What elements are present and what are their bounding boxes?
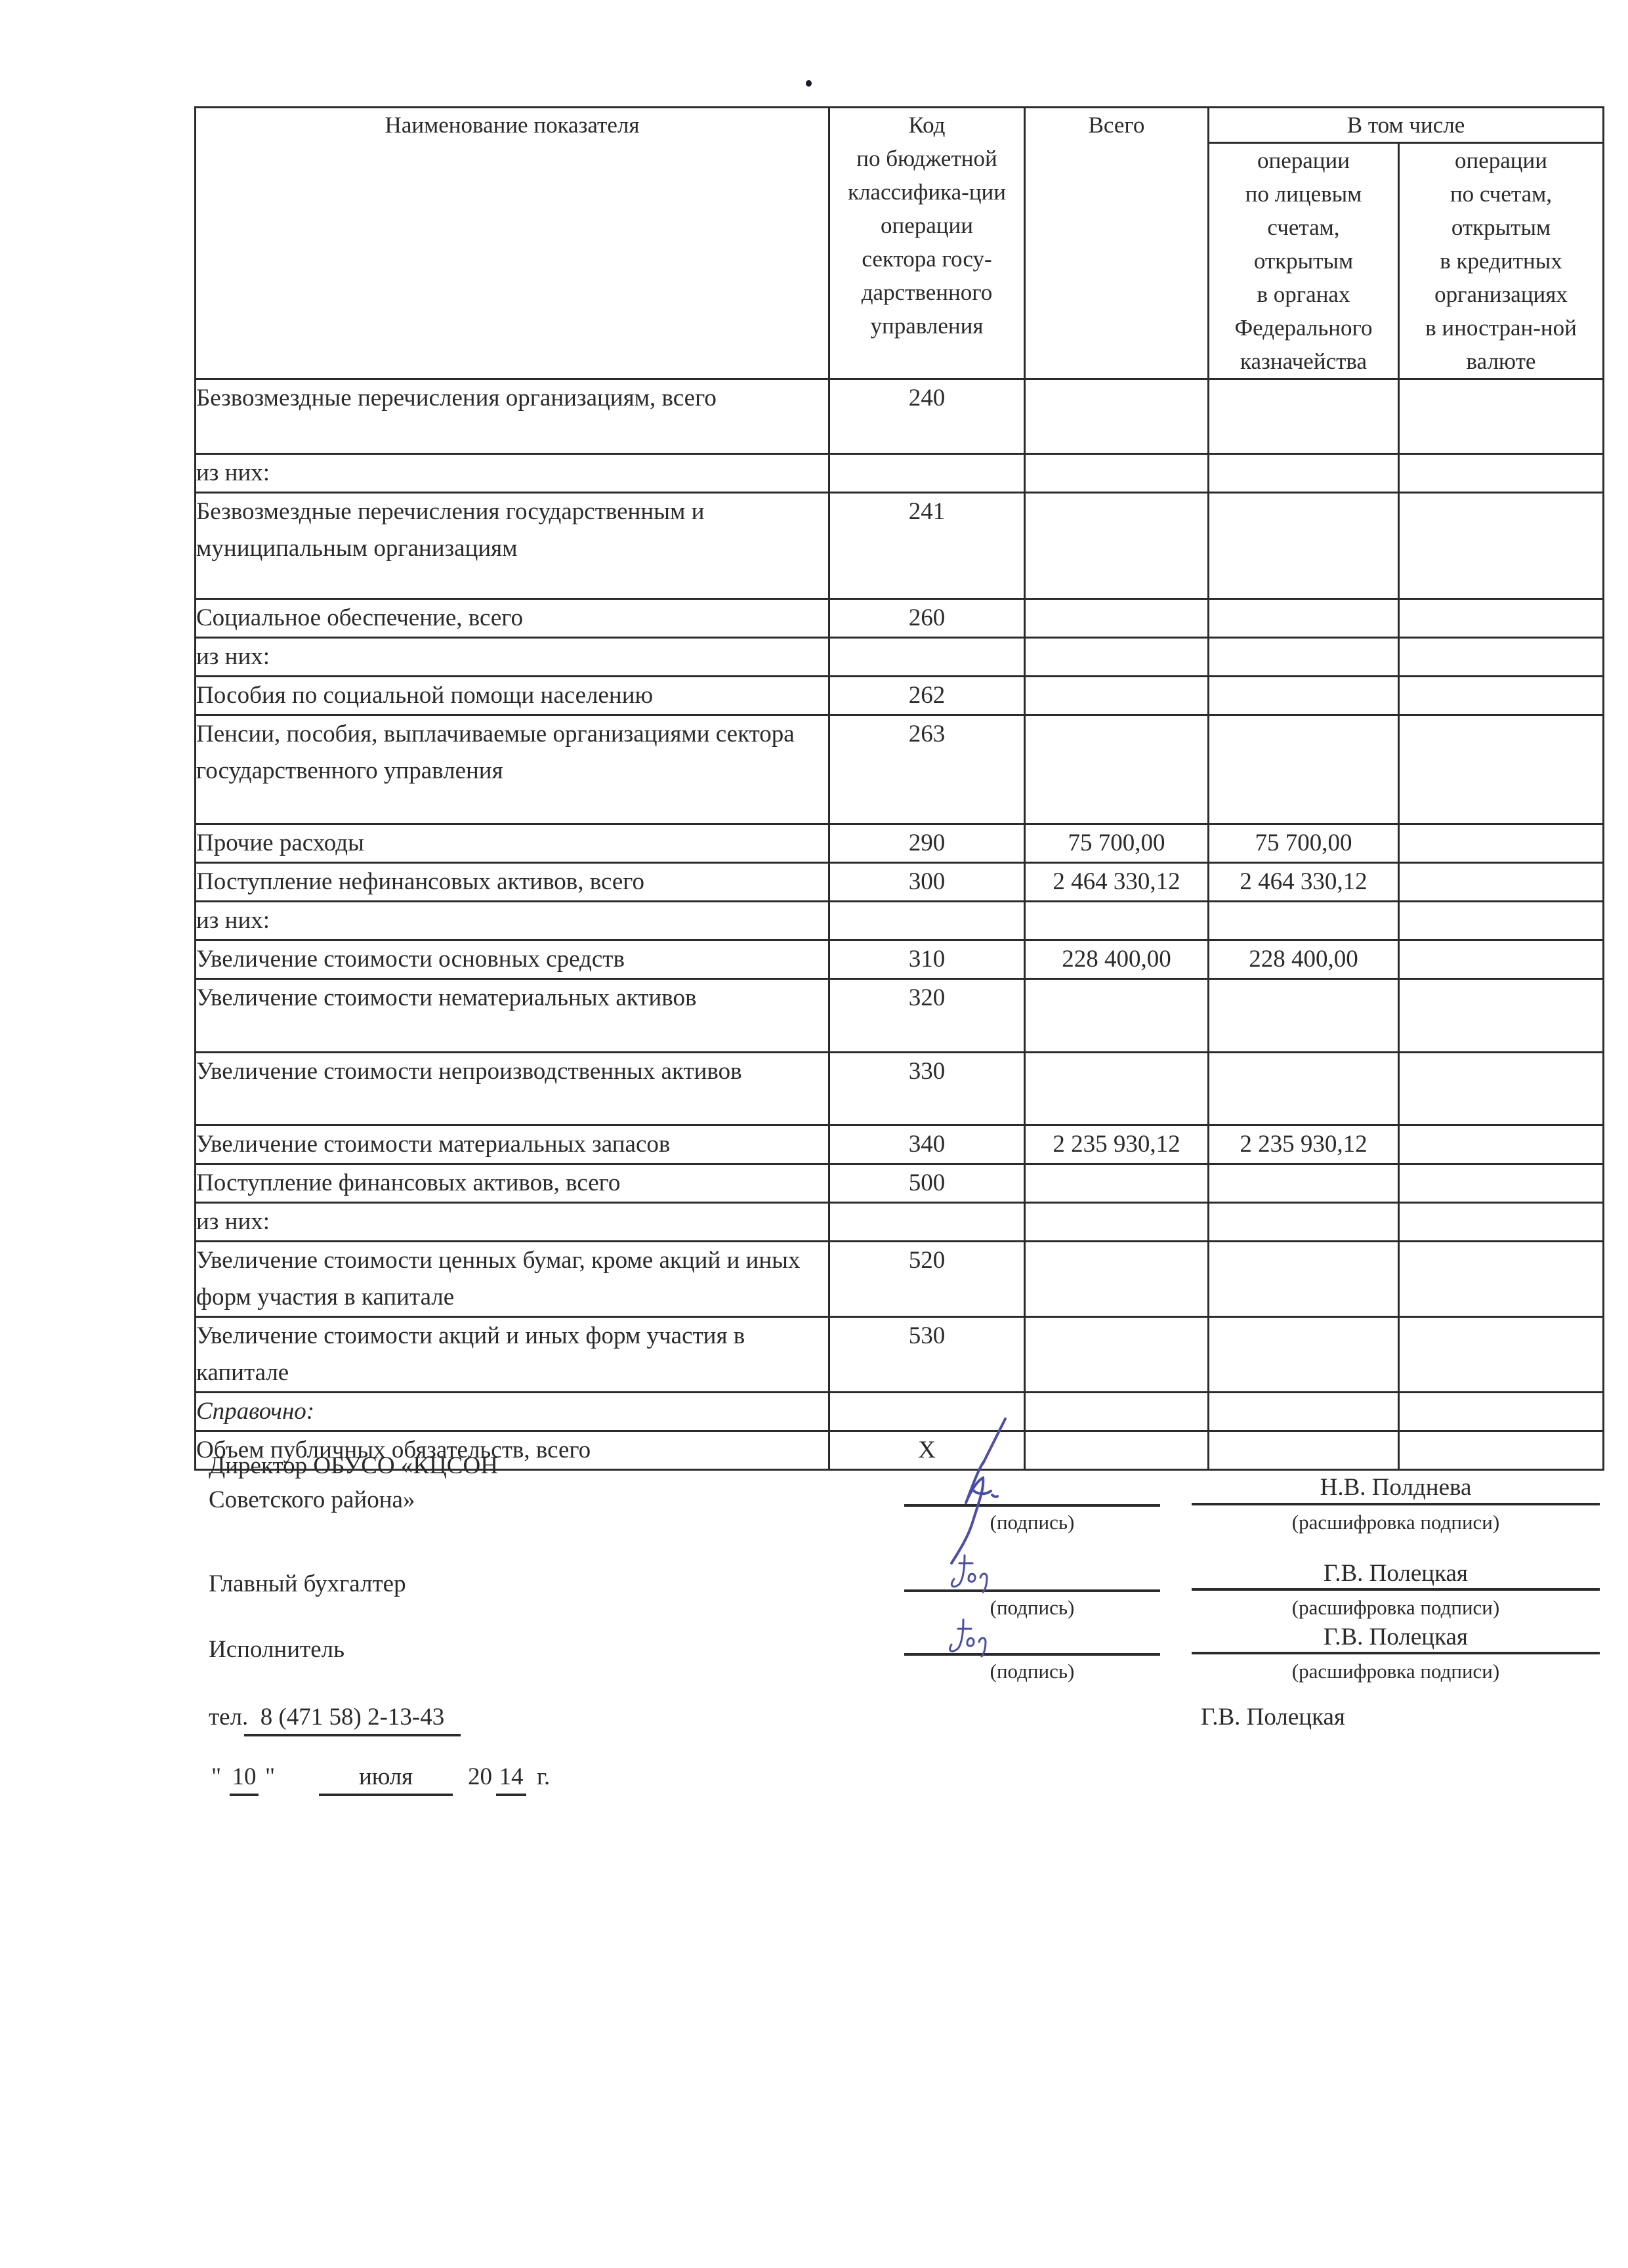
table-row: из них: bbox=[196, 902, 1604, 940]
date-day: 10 bbox=[230, 1761, 259, 1796]
indicator-name-cell: из них: bbox=[196, 638, 829, 677]
treasury-amount-cell bbox=[1209, 1053, 1399, 1125]
budget-code-cell bbox=[829, 638, 1025, 677]
header-treasury-line: в органах bbox=[1209, 278, 1398, 311]
foreign-currency-amount-cell bbox=[1399, 1431, 1604, 1470]
header-treasury-line: открытым bbox=[1209, 244, 1398, 278]
total-amount-cell: 228 400,00 bbox=[1025, 940, 1209, 979]
header-code-line: операции bbox=[830, 209, 1024, 242]
foreign-currency-amount-cell bbox=[1399, 599, 1604, 638]
phone-value: 8 (471 58) 2-13-43 bbox=[244, 1701, 461, 1736]
budget-code-cell: 263 bbox=[829, 715, 1025, 824]
header-indicator-name-label: Наименование показателя bbox=[385, 112, 640, 138]
header-foreign-line: по счетам, bbox=[1400, 177, 1602, 211]
foreign-currency-amount-cell bbox=[1399, 493, 1604, 599]
budget-code-cell: 500 bbox=[829, 1164, 1025, 1203]
foreign-currency-amount-cell bbox=[1399, 863, 1604, 902]
foreign-currency-amount-cell bbox=[1399, 379, 1604, 454]
treasury-amount-cell bbox=[1209, 1431, 1399, 1470]
director-signature-caption: (подпись) bbox=[904, 1509, 1160, 1536]
budget-code-cell: 260 bbox=[829, 599, 1025, 638]
total-amount-cell bbox=[1025, 979, 1209, 1053]
header-foreign-line: в иностран-ной bbox=[1400, 311, 1602, 345]
table-row: Пенсии, пособия, выплачиваемые организац… bbox=[196, 715, 1604, 824]
indicator-name-cell: Безвозмездные перечисления государственн… bbox=[196, 493, 829, 599]
total-amount-cell: 2 464 330,12 bbox=[1025, 863, 1209, 902]
foreign-currency-amount-cell bbox=[1399, 454, 1604, 493]
indicator-name-cell: Увеличение стоимости непроизводственных … bbox=[196, 1053, 829, 1125]
total-amount-cell bbox=[1025, 1164, 1209, 1203]
indicator-name-cell: Поступление финансовых активов, всего bbox=[196, 1164, 829, 1203]
foreign-currency-amount-cell bbox=[1399, 1053, 1604, 1125]
treasury-amount-cell bbox=[1209, 493, 1399, 599]
budget-code-cell: 290 bbox=[829, 824, 1025, 863]
foreign-currency-amount-cell bbox=[1399, 715, 1604, 824]
budget-code-cell: 240 bbox=[829, 379, 1025, 454]
indicator-name-cell: Поступление нефинансовых активов, всего bbox=[196, 863, 829, 902]
executor-signature-caption: (подпись) bbox=[904, 1658, 1160, 1685]
treasury-amount-cell bbox=[1209, 677, 1399, 715]
header-including-label: В том числе bbox=[1347, 112, 1465, 138]
foreign-currency-amount-cell bbox=[1399, 638, 1604, 677]
date-month: июля bbox=[319, 1761, 453, 1796]
header-foreign-line: организациях bbox=[1400, 278, 1602, 311]
indicator-name-cell: Социальное обеспечение, всего bbox=[196, 599, 829, 638]
indicator-name-cell: Увеличение стоимости материальных запасо… bbox=[196, 1125, 829, 1164]
budget-code-cell: 310 bbox=[829, 940, 1025, 979]
total-amount-cell bbox=[1025, 677, 1209, 715]
header-foreign-line: операции bbox=[1400, 144, 1602, 177]
total-amount-cell bbox=[1025, 638, 1209, 677]
executor-title: Исполнитель bbox=[209, 1632, 344, 1668]
executor-name: Г.В. Полецкая bbox=[1192, 1621, 1600, 1654]
total-amount-cell: 2 235 930,12 bbox=[1025, 1125, 1209, 1164]
total-amount-cell bbox=[1025, 1393, 1209, 1431]
header-treasury-line: по лицевым bbox=[1209, 177, 1398, 211]
indicator-name-cell: Прочие расходы bbox=[196, 824, 829, 863]
foreign-currency-amount-cell bbox=[1399, 940, 1604, 979]
header-code-line: сектора госу- bbox=[830, 242, 1024, 276]
table-row: Увеличение стоимости материальных запасо… bbox=[196, 1125, 1604, 1164]
header-foreign-currency-accounts: операции по счетам, открытым в кредитных… bbox=[1399, 143, 1604, 379]
date-close-quote: " bbox=[265, 1761, 275, 1794]
table-row: Увеличение стоимости ценных бумаг, кроме… bbox=[196, 1242, 1604, 1317]
table-row: Пособия по социальной помощи населению26… bbox=[196, 677, 1604, 715]
header-foreign-line: открытым bbox=[1400, 211, 1602, 244]
chief-accountant-signature-line bbox=[904, 1589, 1160, 1592]
table-row: Увеличение стоимости основных средств310… bbox=[196, 940, 1604, 979]
total-amount-cell bbox=[1025, 1317, 1209, 1393]
indicator-name-cell: Увеличение стоимости ценных бумаг, кроме… bbox=[196, 1242, 829, 1317]
header-total: Всего bbox=[1025, 108, 1209, 379]
header-budget-code: Код по бюджетной классифика-ции операции… bbox=[829, 108, 1025, 379]
total-amount-cell bbox=[1025, 1431, 1209, 1470]
director-title-line1: Директор ОБУСО «КЦСОН bbox=[209, 1448, 498, 1484]
total-amount-cell bbox=[1025, 379, 1209, 454]
header-treasury-line: Федерального bbox=[1209, 311, 1398, 345]
chief-accountant-handwritten-signature-icon bbox=[945, 1549, 1024, 1595]
foreign-currency-amount-cell bbox=[1399, 1393, 1604, 1431]
chief-accountant-decode-caption: (расшифровка подписи) bbox=[1192, 1595, 1600, 1621]
budget-code-cell bbox=[829, 902, 1025, 940]
treasury-amount-cell bbox=[1209, 379, 1399, 454]
treasury-amount-cell bbox=[1209, 1203, 1399, 1242]
treasury-amount-cell: 75 700,00 bbox=[1209, 824, 1399, 863]
chief-accountant-name: Г.В. Полецкая bbox=[1192, 1557, 1600, 1590]
header-indicator-name: Наименование показателя bbox=[196, 108, 829, 379]
table-row: из них: bbox=[196, 638, 1604, 677]
total-amount-cell bbox=[1025, 454, 1209, 493]
indicator-name-cell: Справочно: bbox=[196, 1393, 829, 1431]
budget-code-cell: 300 bbox=[829, 863, 1025, 902]
foreign-currency-amount-cell bbox=[1399, 1203, 1604, 1242]
budget-code-cell: X bbox=[829, 1431, 1025, 1470]
foreign-currency-amount-cell bbox=[1399, 1242, 1604, 1317]
treasury-amount-cell bbox=[1209, 902, 1399, 940]
budget-code-cell bbox=[829, 454, 1025, 493]
treasury-amount-cell bbox=[1209, 1393, 1399, 1431]
executor-decode-caption: (расшифровка подписи) bbox=[1192, 1658, 1600, 1685]
budget-code-cell: 241 bbox=[829, 493, 1025, 599]
director-signature-line bbox=[904, 1504, 1160, 1507]
table-row: из них: bbox=[196, 1203, 1604, 1242]
date-century: 20 bbox=[468, 1761, 492, 1794]
header-total-label: Всего bbox=[1089, 112, 1145, 138]
table-row: Поступление нефинансовых активов, всего3… bbox=[196, 863, 1604, 902]
foreign-currency-amount-cell bbox=[1399, 1125, 1604, 1164]
treasury-amount-cell bbox=[1209, 1317, 1399, 1393]
budget-code-cell: 520 bbox=[829, 1242, 1025, 1317]
header-treasury-line: операции bbox=[1209, 144, 1398, 177]
chief-accountant-title: Главный бухгалтер bbox=[209, 1566, 406, 1602]
header-code-line: классифика-ции bbox=[830, 175, 1024, 209]
table-row: Прочие расходы29075 700,0075 700,00 bbox=[196, 824, 1604, 863]
foreign-currency-amount-cell bbox=[1399, 902, 1604, 940]
treasury-amount-cell: 2 464 330,12 bbox=[1209, 863, 1399, 902]
table-row: Справочно: bbox=[196, 1393, 1604, 1431]
date-suffix: г. bbox=[537, 1761, 550, 1794]
chief-accountant-signature-caption: (подпись) bbox=[904, 1595, 1160, 1621]
indicator-name-cell: Увеличение стоимости нематериальных акти… bbox=[196, 979, 829, 1053]
indicator-name-cell: Пособия по социальной помощи населению bbox=[196, 677, 829, 715]
treasury-amount-cell bbox=[1209, 638, 1399, 677]
table-row: Безвозмездные перечисления государственн… bbox=[196, 493, 1604, 599]
header-treasury-accounts: операции по лицевым счетам, открытым в о… bbox=[1209, 143, 1399, 379]
indicator-name-cell: Безвозмездные перечисления организациям,… bbox=[196, 379, 829, 454]
indicator-name-cell: Увеличение стоимости основных средств bbox=[196, 940, 829, 979]
scan-dot-mark bbox=[806, 80, 812, 87]
director-decode-caption: (расшифровка подписи) bbox=[1192, 1509, 1600, 1536]
executor-signature-line bbox=[904, 1653, 1160, 1656]
table-row: Увеличение стоимости нематериальных акти… bbox=[196, 979, 1604, 1053]
phone-person: Г.В. Полецкая bbox=[1201, 1701, 1345, 1734]
table-row: Увеличение стоимости акций и иных форм у… bbox=[196, 1317, 1604, 1393]
budget-code-cell: 530 bbox=[829, 1317, 1025, 1393]
director-name: Н.В. Полднева bbox=[1192, 1471, 1600, 1504]
treasury-amount-cell: 2 235 930,12 bbox=[1209, 1125, 1399, 1164]
date-year: 14 bbox=[496, 1761, 526, 1796]
indicator-name-cell: из них: bbox=[196, 902, 829, 940]
total-amount-cell bbox=[1025, 1053, 1209, 1125]
budget-code-cell bbox=[829, 1203, 1025, 1242]
header-treasury-line: счетам, bbox=[1209, 211, 1398, 244]
total-amount-cell bbox=[1025, 599, 1209, 638]
date-open-quote: " bbox=[211, 1761, 221, 1794]
budget-code-cell: 320 bbox=[829, 979, 1025, 1053]
header-code-line: по бюджетной bbox=[830, 142, 1024, 175]
total-amount-cell bbox=[1025, 493, 1209, 599]
budget-code-cell bbox=[829, 1393, 1025, 1431]
report-table: Наименование показателя Код по бюджетной… bbox=[194, 106, 1604, 1471]
indicator-name-cell: из них: bbox=[196, 454, 829, 493]
header-including: В том числе bbox=[1209, 108, 1604, 143]
total-amount-cell bbox=[1025, 1242, 1209, 1317]
total-amount-cell bbox=[1025, 1203, 1209, 1242]
director-title-line2: Советского района» bbox=[209, 1482, 415, 1518]
table-row: Поступление финансовых активов, всего500 bbox=[196, 1164, 1604, 1203]
treasury-amount-cell bbox=[1209, 1242, 1399, 1317]
header-treasury-line: казначейства bbox=[1209, 345, 1398, 378]
total-amount-cell bbox=[1025, 902, 1209, 940]
foreign-currency-amount-cell bbox=[1399, 979, 1604, 1053]
total-amount-cell bbox=[1025, 715, 1209, 824]
budget-code-cell: 330 bbox=[829, 1053, 1025, 1125]
total-amount-cell: 75 700,00 bbox=[1025, 824, 1209, 863]
header-code-line: управления bbox=[830, 309, 1024, 343]
report-table-body: Безвозмездные перечисления организациям,… bbox=[196, 379, 1604, 1470]
treasury-amount-cell bbox=[1209, 979, 1399, 1053]
indicator-name-cell: Увеличение стоимости акций и иных форм у… bbox=[196, 1317, 829, 1393]
header-foreign-line: валюте bbox=[1400, 345, 1602, 378]
indicator-name-cell: Пенсии, пособия, выплачиваемые организац… bbox=[196, 715, 829, 824]
foreign-currency-amount-cell bbox=[1399, 677, 1604, 715]
treasury-amount-cell bbox=[1209, 715, 1399, 824]
indicator-name-cell: из них: bbox=[196, 1203, 829, 1242]
header-code-line: Код bbox=[830, 108, 1024, 142]
treasury-amount-cell bbox=[1209, 454, 1399, 493]
foreign-currency-amount-cell bbox=[1399, 1317, 1604, 1393]
treasury-amount-cell: 228 400,00 bbox=[1209, 940, 1399, 979]
budget-code-cell: 262 bbox=[829, 677, 1025, 715]
table-row: Увеличение стоимости непроизводственных … bbox=[196, 1053, 1604, 1125]
treasury-amount-cell bbox=[1209, 1164, 1399, 1203]
budget-code-cell: 340 bbox=[829, 1125, 1025, 1164]
foreign-currency-amount-cell bbox=[1399, 824, 1604, 863]
phone-label: тел. bbox=[209, 1701, 248, 1734]
header-code-line: дарственного bbox=[830, 276, 1024, 309]
table-row: из них: bbox=[196, 454, 1604, 493]
foreign-currency-amount-cell bbox=[1399, 1164, 1604, 1203]
table-row: Безвозмездные перечисления организациям,… bbox=[196, 379, 1604, 454]
treasury-amount-cell bbox=[1209, 599, 1399, 638]
table-row: Социальное обеспечение, всего260 bbox=[196, 599, 1604, 638]
header-foreign-line: в кредитных bbox=[1400, 244, 1602, 278]
